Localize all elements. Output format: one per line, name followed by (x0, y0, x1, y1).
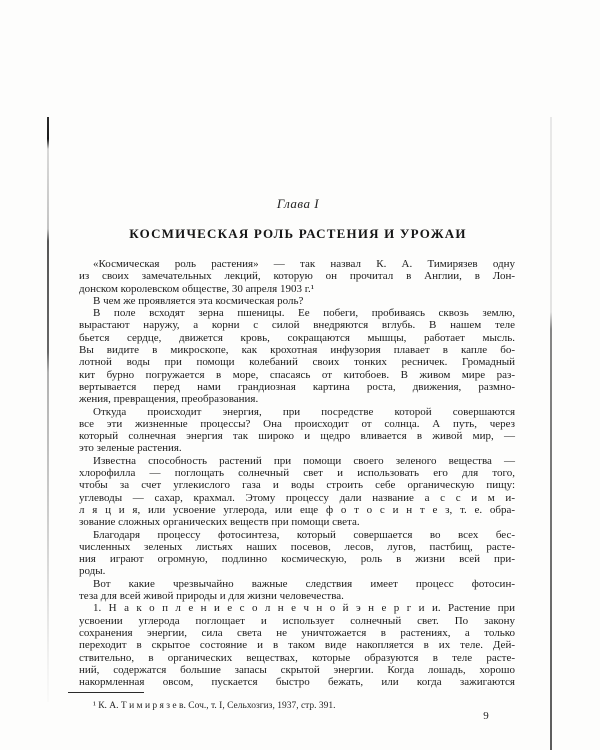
text-line: все эти жизненные процессы? Она происход… (79, 418, 515, 430)
text-line: усвоении углерода поглощает и использует… (79, 615, 515, 627)
left-gutter-scan-line (47, 117, 49, 702)
text-line: зование сложных органических веществ при… (79, 516, 515, 528)
text-line: Вы видите в микроскопе, как крохотная ин… (79, 344, 515, 356)
text-line: Вот какие чрезвычайно важные следствия и… (79, 578, 515, 590)
text-line: это зеленые растения. (79, 442, 515, 454)
text-line: ствительно, в органических веществах, ко… (79, 652, 515, 664)
text-line: лотной воды при помощи колебаний своих т… (79, 356, 515, 368)
text-line: донском королевском обществе, 30 апреля … (79, 283, 515, 295)
text-line: л я ц и я, или усвоение углерода, или ещ… (79, 504, 515, 516)
text-line: накормленная овсом, пускается быстро беж… (79, 676, 515, 688)
book-page: Глава I КОСМИЧЕСКАЯ РОЛЬ РАСТЕНИЯ И УРОЖ… (0, 0, 600, 750)
page-title: КОСМИЧЕСКАЯ РОЛЬ РАСТЕНИЯ И УРОЖАИ (70, 226, 526, 242)
footnote-rule (68, 692, 144, 693)
text-line: который солнечная энергия так широко и щ… (79, 430, 515, 442)
body-text: «Космическая роль растения» — так назвал… (79, 258, 515, 688)
page-number: 9 (456, 710, 516, 722)
text-line: теза для всей живой природы и для жизни … (79, 590, 515, 602)
text-line: углеводы — сахар, крахмал. Этому процесс… (79, 492, 515, 504)
text-line: жения, превращения, преобразования. (79, 393, 515, 405)
text-line: В чем же проявляется эта космическая рол… (79, 295, 515, 307)
text-line: 1. Н а к о п л е н и е с о л н е ч н о й… (79, 602, 515, 614)
text-line: кит бурно погружается в море, спасаясь о… (79, 369, 515, 381)
text-line: ния играют огромную, подлинно космическу… (79, 553, 515, 565)
text-line: ний, содержатся большие запасы скрытой э… (79, 664, 515, 676)
text-line: вырастают наружу, а корни с силой внедря… (79, 319, 515, 331)
footnote: ¹ К. А. Т и м и р я з е в. Соч., т. I, С… (80, 700, 516, 712)
text-line: Благодаря процессу фотосинтеза, который … (79, 529, 515, 541)
text-line: В поле всходят зерна пшеницы. Ее побеги,… (79, 307, 515, 319)
text-line: сохранения энергии, сила света не уничто… (79, 627, 515, 639)
text-line: роды. (79, 565, 515, 577)
right-page-edge-scan-line (550, 117, 552, 750)
text-line: бьется сердце, движется кровь, сокращают… (79, 332, 515, 344)
text-line: вертывается перед нами грандиозная карти… (79, 381, 515, 393)
text-line: численных зеленых листьях наших посевов,… (79, 541, 515, 553)
text-line: Известна способность растений при помощи… (79, 455, 515, 467)
text-line: «Космическая роль растения» — так назвал… (79, 258, 515, 270)
text-line: чтобы за счет углекислого газа и воды ст… (79, 479, 515, 491)
chapter-label: Глава I (80, 196, 516, 212)
text-line: Откуда происходит энергия, при посредств… (79, 406, 515, 418)
text-line: хлорофилла — поглощать солнечный свет и … (79, 467, 515, 479)
text-line: из своих замечательных лекций, которую о… (79, 270, 515, 282)
text-line: переходит в скрытое состояние и в таком … (79, 639, 515, 651)
